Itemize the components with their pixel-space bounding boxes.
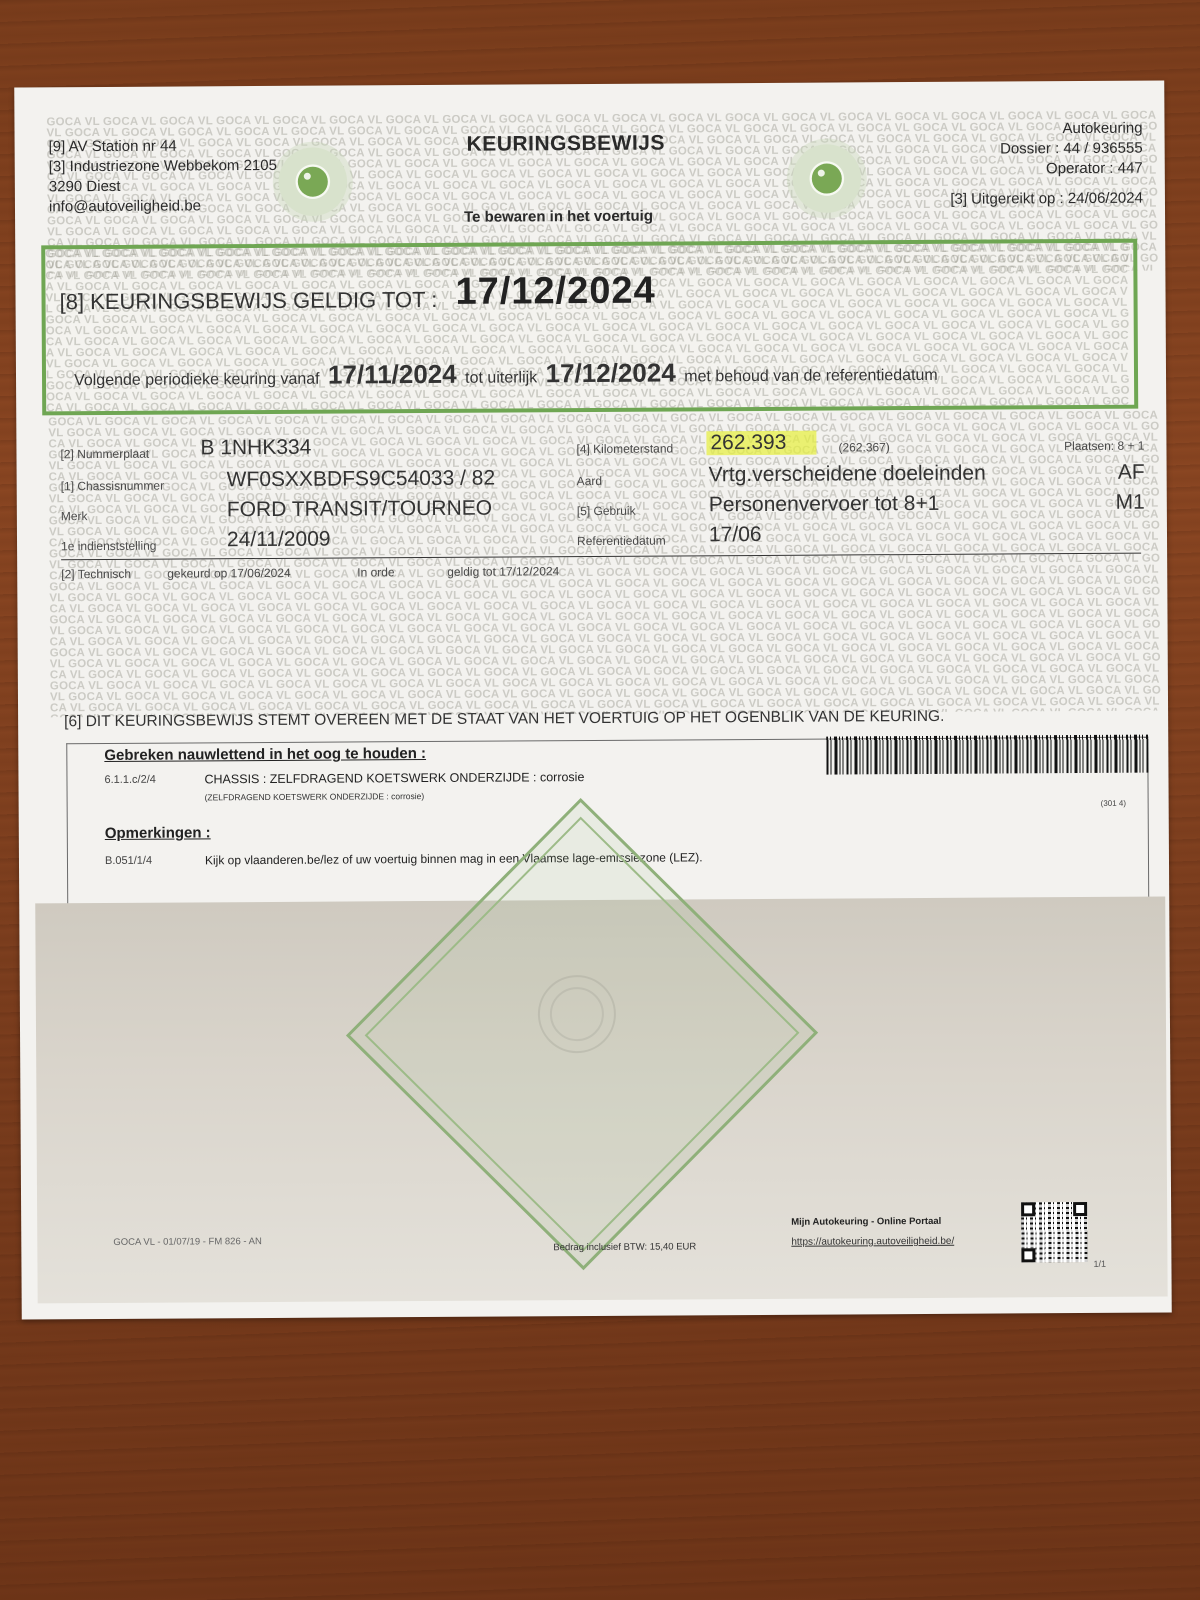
operator-number: Operator : 447 [950, 159, 1143, 180]
inspection-certificate: GOCA VL GOCA VL GOCA VL GOCA VL GOCA VL … [14, 80, 1172, 1319]
form-code: GOCA VL - 01/07/19 - FM 826 - AN [113, 1236, 262, 1248]
first-registration-value: 24/11/2009 [227, 528, 331, 553]
goca-eye-logo-icon [787, 138, 867, 218]
station-email: info@autoveiligheid.be [49, 196, 277, 217]
dossier-number: Dossier : 44 / 936555 [950, 139, 1143, 160]
reference-date-label: Referentiedatum [577, 534, 666, 549]
org-name: Autokeuring [950, 119, 1143, 140]
km-previous: (262.367) [838, 440, 889, 454]
defects-heading: Gebreken nauwlettend in het oog te houde… [104, 745, 426, 764]
seats: Plaatsen: 8 + 1 [1064, 439, 1144, 453]
station-street: [3] Industriezone Webbekom 2105 [49, 156, 277, 177]
next-inspection-from: 17/11/2024 [328, 359, 457, 390]
use-code: M1 [1116, 491, 1145, 515]
km-value: 262.393 [706, 431, 816, 456]
next-inspection-prefix: Volgende periodieke keuring vanaf [74, 371, 320, 389]
barcode [826, 735, 1148, 775]
next-inspection-to: 17/12/2024 [546, 357, 676, 388]
make-value: FORD TRANSIT/TOURNEO [227, 497, 492, 523]
portal-link[interactable]: https://autokeuring.autoveiligheid.be/ [791, 1236, 954, 1248]
validity-box: GOCA VL GOCA VL GOCA VL GOCA VL GOCA VL … [41, 239, 1138, 416]
issued-date: [3] Uitgereikt op : 24/06/2024 [950, 189, 1143, 210]
station-address: [9] AV Station nr 44 [3] Industriezone W… [49, 136, 278, 217]
portal-title: Mijn Autokeuring - Online Portaal [791, 1216, 941, 1228]
document-title: KEURINGSBEWIJS [467, 132, 666, 157]
kind-label: Aard [577, 474, 602, 488]
valid-until-date: 17/12/2024 [455, 270, 655, 314]
technical-status: In orde [357, 565, 394, 579]
kind-value: Vrtg.verscheidene doeleinden [709, 462, 986, 488]
page-number: 1/1 [1093, 1259, 1106, 1269]
station-name: [9] AV Station nr 44 [49, 136, 277, 157]
chassis-value: WF0SXXBDFS9C54033 / 82 [227, 467, 496, 493]
barcode-reference: (301 4) [1101, 799, 1126, 808]
qr-code[interactable] [1021, 1202, 1087, 1262]
defect-detail: (ZELFDRAGEND KOETSWERK ONDERZIJDE : corr… [205, 791, 425, 802]
next-inspection-mid: tot uiterlijk [465, 369, 537, 386]
first-registration-label: 1e indienststelling [61, 539, 156, 554]
header-right: Autokeuring Dossier : 44 / 936555 Operat… [950, 119, 1143, 210]
use-label: [5] Gebruik [577, 504, 636, 518]
defect-text: CHASSIS : ZELFDRAGEND KOETSWERK ONDERZIJ… [204, 770, 584, 786]
remarks-heading: Opmerkingen : [105, 824, 211, 842]
technical-inspected: gekeurd op 17/06/2024 [167, 566, 291, 581]
goca-eye-logo-icon [273, 141, 353, 221]
reference-date-value: 17/06 [709, 523, 762, 547]
next-inspection-suffix: met behoud van de referentiedatum [684, 367, 938, 386]
defect-code: 6.1.1.c/2/4 [104, 774, 155, 786]
valid-until-label: [8] KEURINGSBEWIJS GELDIG TOT : [59, 287, 437, 315]
plate-value: B 1NHK334 [200, 436, 311, 461]
station-city: 3290 Diest [49, 176, 277, 197]
next-inspection-line: Volgende periodieke keuring vanaf 17/11/… [74, 356, 938, 392]
amount-incl-vat: Bedrag inclusief BTW: 15,40 EUR [553, 1241, 696, 1253]
use-value: Personenvervoer tot 8+1 [709, 492, 940, 517]
km-label: [4] Kilometerstand [576, 442, 673, 457]
chassis-label: [1] Chassisnummer [61, 479, 164, 494]
make-label: Merk [61, 509, 88, 523]
technical-valid-until: geldig tot 17/12/2024 [447, 564, 559, 579]
plate-label: [2] Nummerplaat [60, 447, 149, 462]
technical-label: [2] Technisch [61, 567, 131, 581]
document-subtitle: Te bewaren in het voertuig [464, 208, 653, 226]
remark-code: B.051/1/4 [105, 855, 152, 867]
kind-code: AF [1118, 461, 1145, 485]
